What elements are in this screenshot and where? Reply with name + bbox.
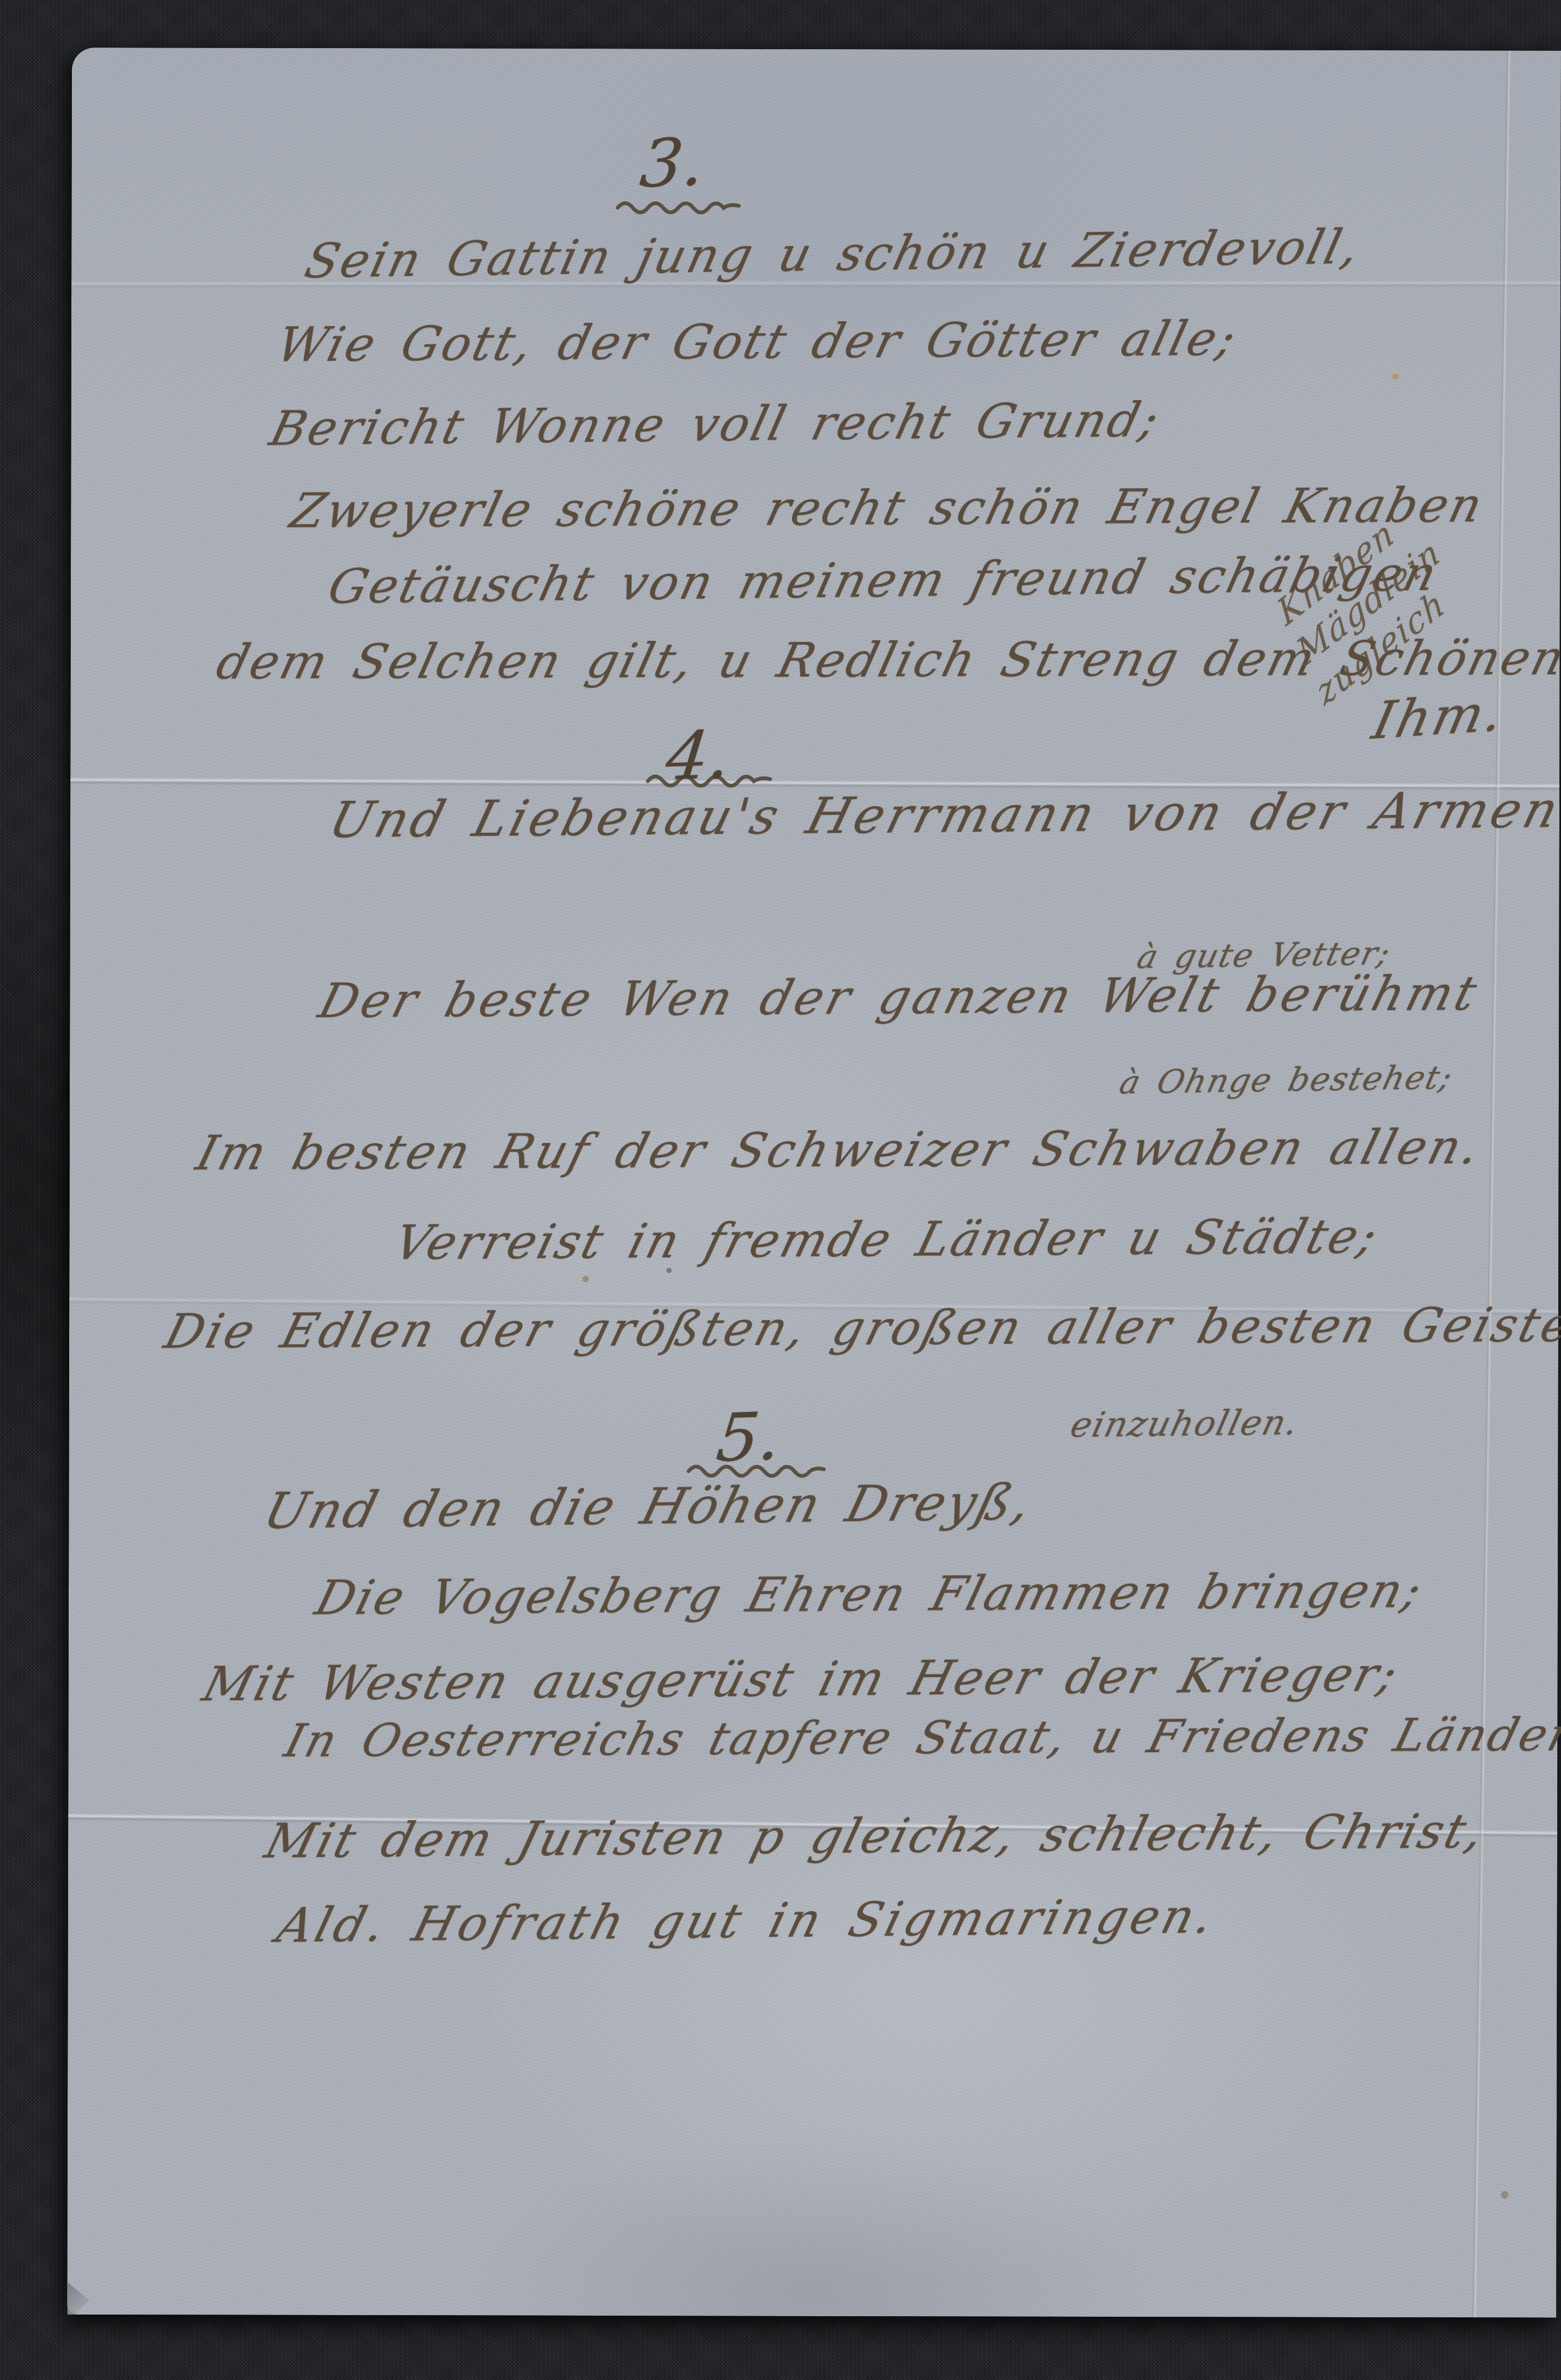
interlinear-note: à Ohnge bestehet; [1117, 1062, 1456, 1099]
paper-stain-specks [72, 48, 75, 51]
fold-crease-vertical [1471, 50, 1511, 2317]
manuscript-line: Und Liebenau's Herrmann von der Armen Ar… [324, 784, 1561, 845]
manuscript-line: Sein Gattin jung u schön u Zierdevoll, [301, 223, 1365, 285]
manuscript-line: Ald. Hofrath gut in Sigmaringen. [273, 1892, 1221, 1949]
manuscript-paper-sheet: 3. Sein Gattin jung u schön u Zierdevoll… [67, 48, 1561, 2318]
flourish-underline-stanza-3 [614, 196, 742, 214]
manuscript-line: Verreist in fremde Länder u Städte; [389, 1212, 1384, 1267]
manuscript-line: Die Vogelsberg Ehren Flammen bringen; [311, 1567, 1428, 1621]
manuscript-line-tail: Ihm. [1368, 686, 1510, 747]
manuscript-line: Zweyerle schöne recht schön Engel Knaben [286, 481, 1489, 535]
manuscript-line: Wie Gott, der Gott der Götter alle; [273, 315, 1243, 369]
flourish-underline-stanza-5 [685, 1459, 826, 1478]
damaged-corner-bottom-left [67, 2282, 107, 2315]
manuscript-line: Und den die Höhen Dreyß, [259, 1477, 1038, 1536]
scanned-manuscript-photo: 3. Sein Gattin jung u schön u Zierdevoll… [0, 0, 1561, 2380]
manuscript-line: Die Edlen der größten, großen aller best… [160, 1301, 1561, 1355]
manuscript-line: Mit dem Juristen p gleichz, schlecht, Ch… [261, 1807, 1491, 1865]
manuscript-line: In Oesterreichs tapfere Staat, u Frieden… [280, 1712, 1561, 1764]
manuscript-line: Im besten Ruf der Schweizer Schwaben all… [192, 1123, 1487, 1177]
manuscript-line: Bericht Wonne voll recht Grund; [265, 396, 1165, 453]
flourish-underline-stanza-4 [645, 769, 780, 788]
interlinear-note: einzuhollen. [1067, 1406, 1303, 1443]
manuscript-line: Mit Westen ausgerüst im Heer der Krieger… [198, 1650, 1404, 1708]
manuscript-line: Der beste Wen der ganzen Welt berühmt [314, 970, 1484, 1025]
stanza-3-number: 3. [637, 129, 707, 197]
